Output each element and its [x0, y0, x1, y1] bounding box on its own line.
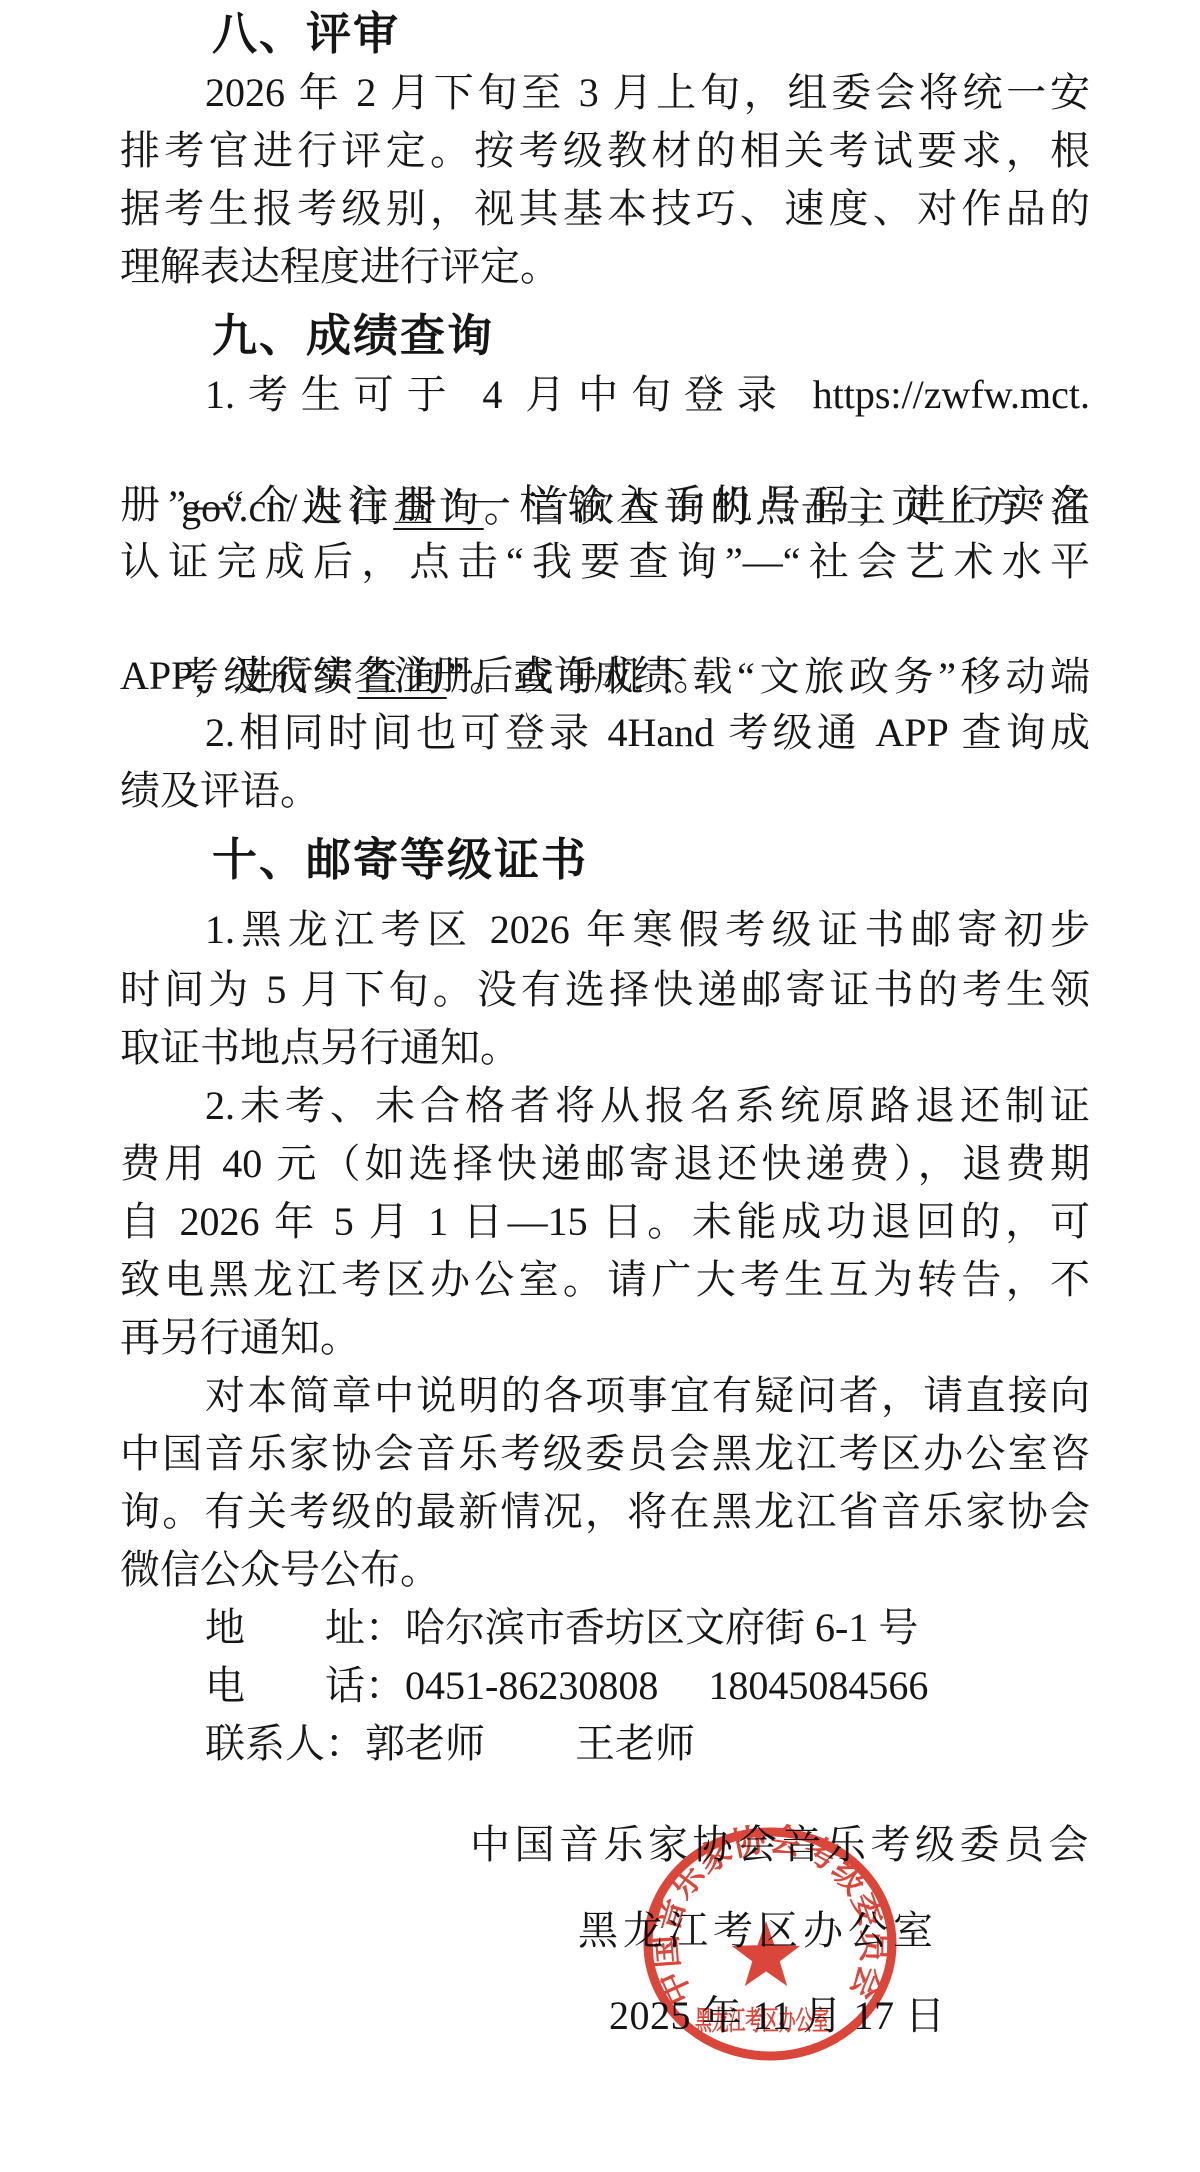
- text-line: 时间为 5 月下旬。没有选择快递邮寄证书的考生领: [120, 961, 1090, 1019]
- text-line: 1.考生可于 4 月中旬登录 https://zwfw.mct.: [120, 366, 1090, 424]
- text-line: 再另行通知。: [120, 1309, 1090, 1367]
- text-line: 册”—“个人注册”一栏输入手机号码，进行实名: [120, 476, 1090, 534]
- text-line: 费用 40 元（如选择快递邮寄退还快递费），退费期: [120, 1135, 1090, 1193]
- text-line: 中国音乐家协会音乐考级委员会黑龙江考区办公室咨: [120, 1425, 1090, 1483]
- section-heading-9: 九、成绩查询: [120, 307, 1090, 365]
- seal-bottom-text: 黑龙江考区办公室: [695, 2006, 829, 2036]
- text-line: 取证书地点另行通知。: [120, 1019, 1090, 1077]
- text-line: APP，进行实名注册后查询成绩。: [120, 647, 1090, 705]
- address-line: 地 址：哈尔滨市香坊区文府街 6-1 号: [120, 1599, 1090, 1657]
- text-line: 1.黑龙江考区 2026 年寒假考级证书邮寄初步: [120, 901, 1090, 959]
- document-page: 八、评审 2026 年 2 月下旬至 3 月上旬，组委会将统一安 排考官进行评定…: [0, 0, 1200, 2172]
- text-line: 微信公众号公布。: [120, 1541, 1090, 1599]
- text-line: 自 2026 年 5 月 1 日—15 日。未能成功退回的，可: [120, 1193, 1090, 1251]
- text-line: 绩及评语。: [120, 762, 1090, 820]
- text-line: 理解表达程度进行评定。: [120, 238, 1090, 296]
- text-line: 认证完成后，点击“我要查询”—“社会艺术水平: [120, 533, 1090, 591]
- contacts-line: 联系人：郭老师 王老师: [120, 1715, 1090, 1773]
- seal-ring-text: 中国音乐家协会考级委员会: [647, 1822, 892, 2010]
- text-line: 2.未考、未合格者将从报名系统原路退还制证: [120, 1077, 1090, 1135]
- red-star-icon: [732, 1921, 800, 1986]
- text-line: 询。有关考级的最新情况，将在黑龙江省音乐家协会: [120, 1483, 1090, 1541]
- official-seal: 中国音乐家协会考级委员会 黑龙江考区办公室: [640, 1822, 902, 2067]
- section-heading-8: 八、评审: [120, 5, 1090, 63]
- text-line: 对本简章中说明的各项事宜有疑问者，请直接向: [120, 1367, 1090, 1425]
- phone-line: 电 话：0451-86230808 18045084566: [120, 1657, 1090, 1715]
- section-heading-10: 十、邮寄等级证书: [120, 831, 1090, 889]
- text-line: 据考生报考级别，视其基本技巧、速度、对作品的: [120, 180, 1090, 238]
- text-line: 致电黑龙江考区办公室。请广大考生互为转告，不: [120, 1251, 1090, 1309]
- text-line: 2.相同时间也可登录 4Hand 考级通 APP 查询成: [120, 704, 1090, 762]
- text-line: 排考官进行评定。按考级教材的相关考试要求，根: [120, 122, 1090, 180]
- text-line: 2026 年 2 月下旬至 3 月上旬，组委会将统一安: [120, 64, 1090, 122]
